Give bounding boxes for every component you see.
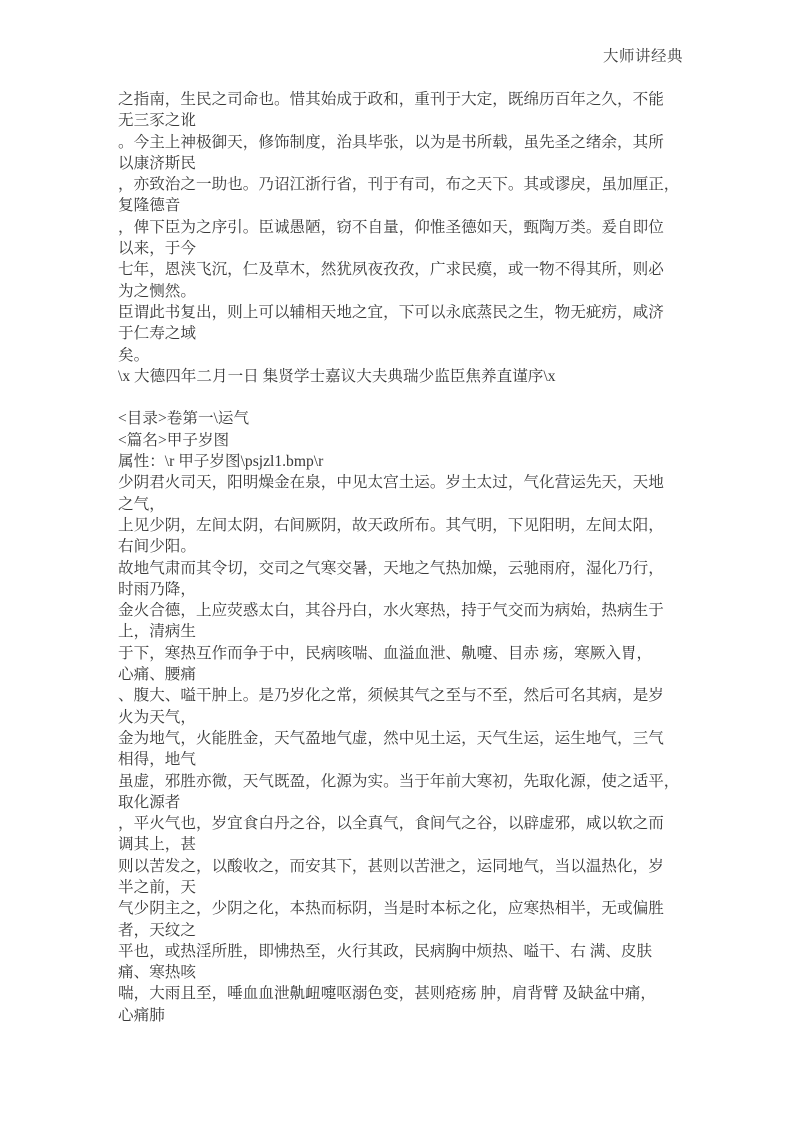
text-line: 臣谓此书复出，则上可以辅相天地之宜，下可以永底蒸民之生，物无疵疠，咸济 [118,302,696,323]
text-line: ，平火气也，岁宜食白丹之谷，以全真气，食间气之谷，以辟虚邪，咸以软之而 [118,813,696,834]
document-page: 大师讲经典 之指南，生民之司命也。惜其始成于政和，重刊于大定，既绵历百年之久，不… [0,0,793,1122]
text-line: 、腹大、嗌干肿上。是乃岁化之常，须候其气之至与不至，然后可名其病，是岁 [118,685,696,706]
text-line: 金火合德，上应荧惑太白，其谷丹白，水火寒热，持于气交而为病始，热病生于 [118,600,696,621]
text-line: 之指南，生民之司命也。惜其始成于政和，重刊于大定，既绵历百年之久，不能 [118,89,696,110]
text-line: ，俾下臣为之序引。臣诚愚陋，窃不自量，仰惟圣德如天，甄陶万类。爰自即位 [118,217,696,238]
text-line: 故地气肃而其令切，交司之气寒交暑，天地之气热加燥，云驰雨府，湿化乃行， [118,558,696,579]
text-line: <篇名>甲子岁图 [118,430,696,451]
text-line: 火为天气， [118,707,696,728]
text-line: 属性：\r 甲子岁图\psjzl1.bmp\r [118,451,696,472]
text-line: ，亦致治之一助也。乃诏江浙行省，刊于有司，布之天下。其或谬戾，虽加厘正， [118,174,696,195]
text-line: 复隆德音 [118,195,696,216]
text-line: 气少阴主之，少阴之化，本热而标阴，当是时本标之化，应寒热相半，无或偏胜 [118,898,696,919]
text-line: 上，清病生 [118,621,696,642]
text-line: 矣。 [118,345,696,366]
text-line: 者，天纹之 [118,920,696,941]
text-line: 之气， [118,494,696,515]
text-line: 无三豕之讹 [118,110,696,131]
text-line: 右间少阳。 [118,536,696,557]
page-header: 大师讲经典 [118,48,683,66]
text-line: 平也，或热淫所胜，即怫热至，火行其政，民病胸中烦热、嗌干、右 满、皮肤 [118,941,696,962]
text-line: 少阴君火司天，阳明燥金在泉，中见太宫土运。岁土太过，气化营运先天，天地 [118,472,696,493]
text-line: 以康济斯民 [118,153,696,174]
text-line: \x 大德四年二月一日 集贤学士嘉议大夫典瑞少监臣焦养直谨序\x [118,366,696,387]
text-line: 于下，寒热互作而争于中，民病咳喘、血溢血泄、鼽嚏、目赤 疡，寒厥入胃， [118,643,696,664]
text-line: 喘，大雨且至，唾血血泄鼽衄嚏呕溺色变，甚则疮疡 肿，肩背臂 及缺盆中痛， [118,983,696,1004]
text-line: 七年，恩浃飞沉，仁及草木，然犹夙夜孜孜，广求民瘼，或一物不得其所，则必 [118,259,696,280]
text-line: 于仁寿之域 [118,323,696,344]
text-line: 时雨乃降， [118,579,696,600]
text-line: 相得，地气 [118,749,696,770]
text-line: 痛、寒热咳 [118,962,696,983]
text-line: 。今主上神极御天，修饰制度，治具毕张，以为是书所载，虽先圣之绪余，其所 [118,132,696,153]
text-line: 金为地气，火能胜金，天气盈地气虚，然中见土运，天气生运，运生地气，三气 [118,728,696,749]
text-line [118,387,696,408]
text-line: 以来，于今 [118,238,696,259]
text-line: 取化源者 [118,792,696,813]
text-line: 心痛、腰痛 [118,664,696,685]
document-body: 之指南，生民之司命也。惜其始成于政和，重刊于大定，既绵历百年之久，不能无三豕之讹… [118,89,696,1026]
text-line: 上见少阴，左间太阴，右间厥阴，故天政所布。其气明，下见阳明，左间太阳， [118,515,696,536]
text-line: 调其上，甚 [118,834,696,855]
text-line: 则以苦发之，以酸收之，而安其下，甚则以苦泄之，运同地气，当以温热化，岁 [118,856,696,877]
text-line: <目录>卷第一\运气 [118,408,696,429]
text-line: 虽虚，邪胜亦微，天气既盈，化源为实。当于年前大寒初，先取化源，使之适平， [118,771,696,792]
text-line: 为之恻然。 [118,281,696,302]
text-line: 半之前，天 [118,877,696,898]
text-line: 心痛肺 [118,1005,696,1026]
